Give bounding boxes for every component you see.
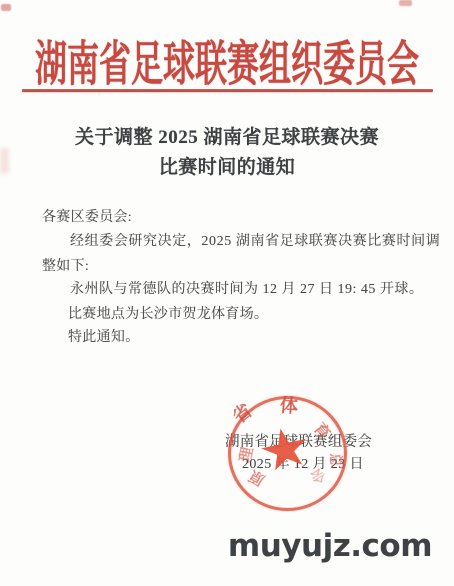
site-watermark: muyujz.com [228,528,432,564]
seal-arc-char: 体 [279,391,299,418]
document-title-line2: 比赛时间的通知 [0,152,454,179]
scan-artifact-top-right [399,0,412,6]
body-line-venue: 比赛地点为长沙市贺龙体育场。 [68,303,268,323]
letterhead-divider-rule [22,89,433,92]
body-salutation: 各赛区委员会: [42,206,132,226]
signature-org-name: 湖南省足球联赛组委会 [225,430,372,451]
seal-arc-char: 省 [227,397,257,429]
body-line-closing: 特此通知。 [68,326,140,346]
document-title-line1: 关于调整 2025 湖南省足球联赛决赛 [0,122,454,149]
body-line: 经组委会研究决定，2025 湖南省足球联赛决赛比赛时间调 [70,230,440,250]
letterhead-org-name: 湖南省足球联赛组织委员会 [0,26,454,95]
scanned-notice-document: 湖南省足球联赛组织委员会 关于调整 2025 湖南省足球联赛决赛 比赛时间的通知… [0,0,454,586]
body-line: 整如下: [42,255,89,275]
scan-artifact-top-left [1,4,11,11]
body-line-match-time: 永州队与常德队的决赛时间为 12 月 27 日 19: 45 开球。 [70,278,423,298]
signature-date: 2025 年 12 月 23 日 [242,453,364,473]
